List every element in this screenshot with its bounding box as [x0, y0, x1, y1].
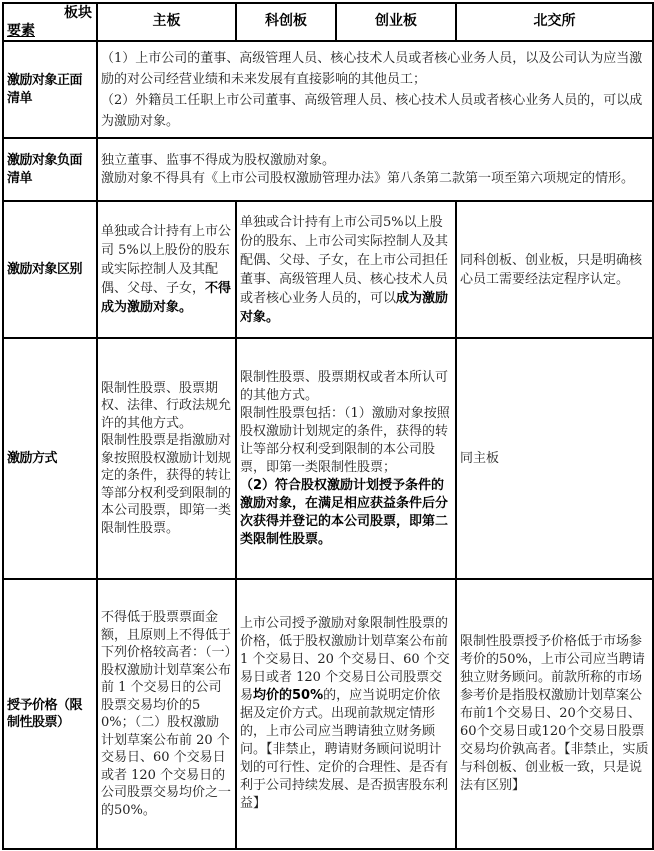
row-label-grant-price: 授予价格（限制性股票） [3, 579, 97, 849]
table-row-positive-list: 激励对象正面清单 （1）上市公司的董事、高级管理人员、核心技术人员或者核心业务人… [3, 41, 653, 138]
negative-list-content: 独立董事、监事不得成为股权激励对象。 激励对象不得具有《上市公司股权激励管理办法… [97, 138, 653, 201]
grant-price-star-chinext-text-2: 的，应当说明定价依据及定价方式。出现前款规定情形的，上市公司应当聘请独立财务顾问… [240, 688, 448, 811]
corner-header-cell: 板块 要素 [3, 3, 97, 41]
table-row-negative-list: 激励对象负面清单 独立董事、监事不得成为股权激励对象。 激励对象不得具有《上市公… [3, 138, 653, 201]
column-header-bse: 北交所 [456, 3, 653, 41]
board-comparison-table: 板块 要素 主板 科创板 创业板 北交所 激励对象正面清单 （1）上市公司的董事… [2, 2, 654, 850]
positive-list-content: （1）上市公司的董事、高级管理人员、核心技术人员或者核心业务人员，以及公司认为应… [97, 41, 653, 138]
difference-bse: 同科创板、创业板，只是明确核心员工需要经法定程序认定。 [456, 201, 653, 338]
method-star-chinext-line-1: 限制性股票、股票期权或者本所认可的其他方式。 [240, 369, 452, 405]
method-star-chinext-line-2: 限制性股票包括：（1）激励对象按照股权激励计划规定的条件，获得的转让等部分权利受… [240, 405, 452, 477]
table-row-method: 激励方式 限制性股票、股票期权、法律、行政法规允许的其他方式。 限制性股票是指激… [3, 338, 653, 579]
column-header-chinext: 创业板 [336, 3, 456, 41]
negative-list-item-1: 独立董事、监事不得成为股权激励对象。 [101, 152, 649, 170]
method-main-board-line-1: 限制性股票、股票期权、法律、行政法规允许的其他方式。 [101, 380, 232, 433]
difference-main-board: 单独或合计持有上市公司 5%以上股份的股东或实际控制人及其配偶、父母、子女，不得… [97, 201, 236, 338]
grant-price-main-board: 不得低于股票票面金额，且原则上不得低于下列价格较高者：（一）股权激励计划草案公布… [97, 579, 236, 849]
grant-price-bse: 限制性股票授予价格低于市场参考价的50%，上市公司应当聘请独立财务顾问。前款所称… [456, 579, 653, 849]
method-bse: 同主板 [456, 338, 653, 579]
positive-list-item-2: （2）外籍员工任职上市公司董事、高级管理人员、核心技术人员或者核心业务人员的，可… [101, 90, 649, 132]
column-header-main-board: 主板 [97, 3, 236, 41]
row-label-positive-list: 激励对象正面清单 [3, 41, 97, 138]
negative-list-item-2: 激励对象不得具有《上市公司股权激励管理办法》第八条第二款第一项至第六项规定的情形… [101, 170, 649, 188]
method-main-board: 限制性股票、股票期权、法律、行政法规允许的其他方式。 限制性股票是指激励对象按照… [97, 338, 236, 579]
row-label-difference: 激励对象区别 [3, 201, 97, 338]
corner-label-board: 板块 [64, 5, 92, 21]
method-star-chinext-second-class: （2）符合股权激励计划授予条件的激励对象，在满足相应获益条件后分次获得并登记的本… [240, 477, 452, 549]
grant-price-star-chinext-emphasis: 均价的50% [253, 688, 323, 703]
row-label-negative-list: 激励对象负面清单 [3, 138, 97, 201]
table-row-grant-price: 授予价格（限制性股票） 不得低于股票票面金额，且原则上不得低于下列价格较高者：（… [3, 579, 653, 849]
row-label-method: 激励方式 [3, 338, 97, 579]
header-row: 板块 要素 主板 科创板 创业板 北交所 [3, 3, 653, 41]
method-star-chinext: 限制性股票、股票期权或者本所认可的其他方式。 限制性股票包括：（1）激励对象按照… [236, 338, 456, 579]
corner-label-element: 要素 [7, 23, 35, 39]
grant-price-star-chinext: 上市公司授予激励对象限制性股票的价格，低于股权激励计划草案公布前1 个交易日、2… [236, 579, 456, 849]
positive-list-item-1: （1）上市公司的董事、高级管理人员、核心技术人员或者核心业务人员，以及公司认为应… [101, 48, 649, 90]
table-row-difference: 激励对象区别 单独或合计持有上市公司 5%以上股份的股东或实际控制人及其配偶、父… [3, 201, 653, 338]
column-header-star-market: 科创板 [236, 3, 336, 41]
difference-star-chinext: 单独或合计持有上市公司5%以上股份的股东、上市公司实际控制人及其配偶、父母、子女… [236, 201, 456, 338]
method-main-board-line-2: 限制性股票是指激励对象按照股权激励计划规定的条件，获得的转让等部分权利受到限制的… [101, 432, 232, 537]
